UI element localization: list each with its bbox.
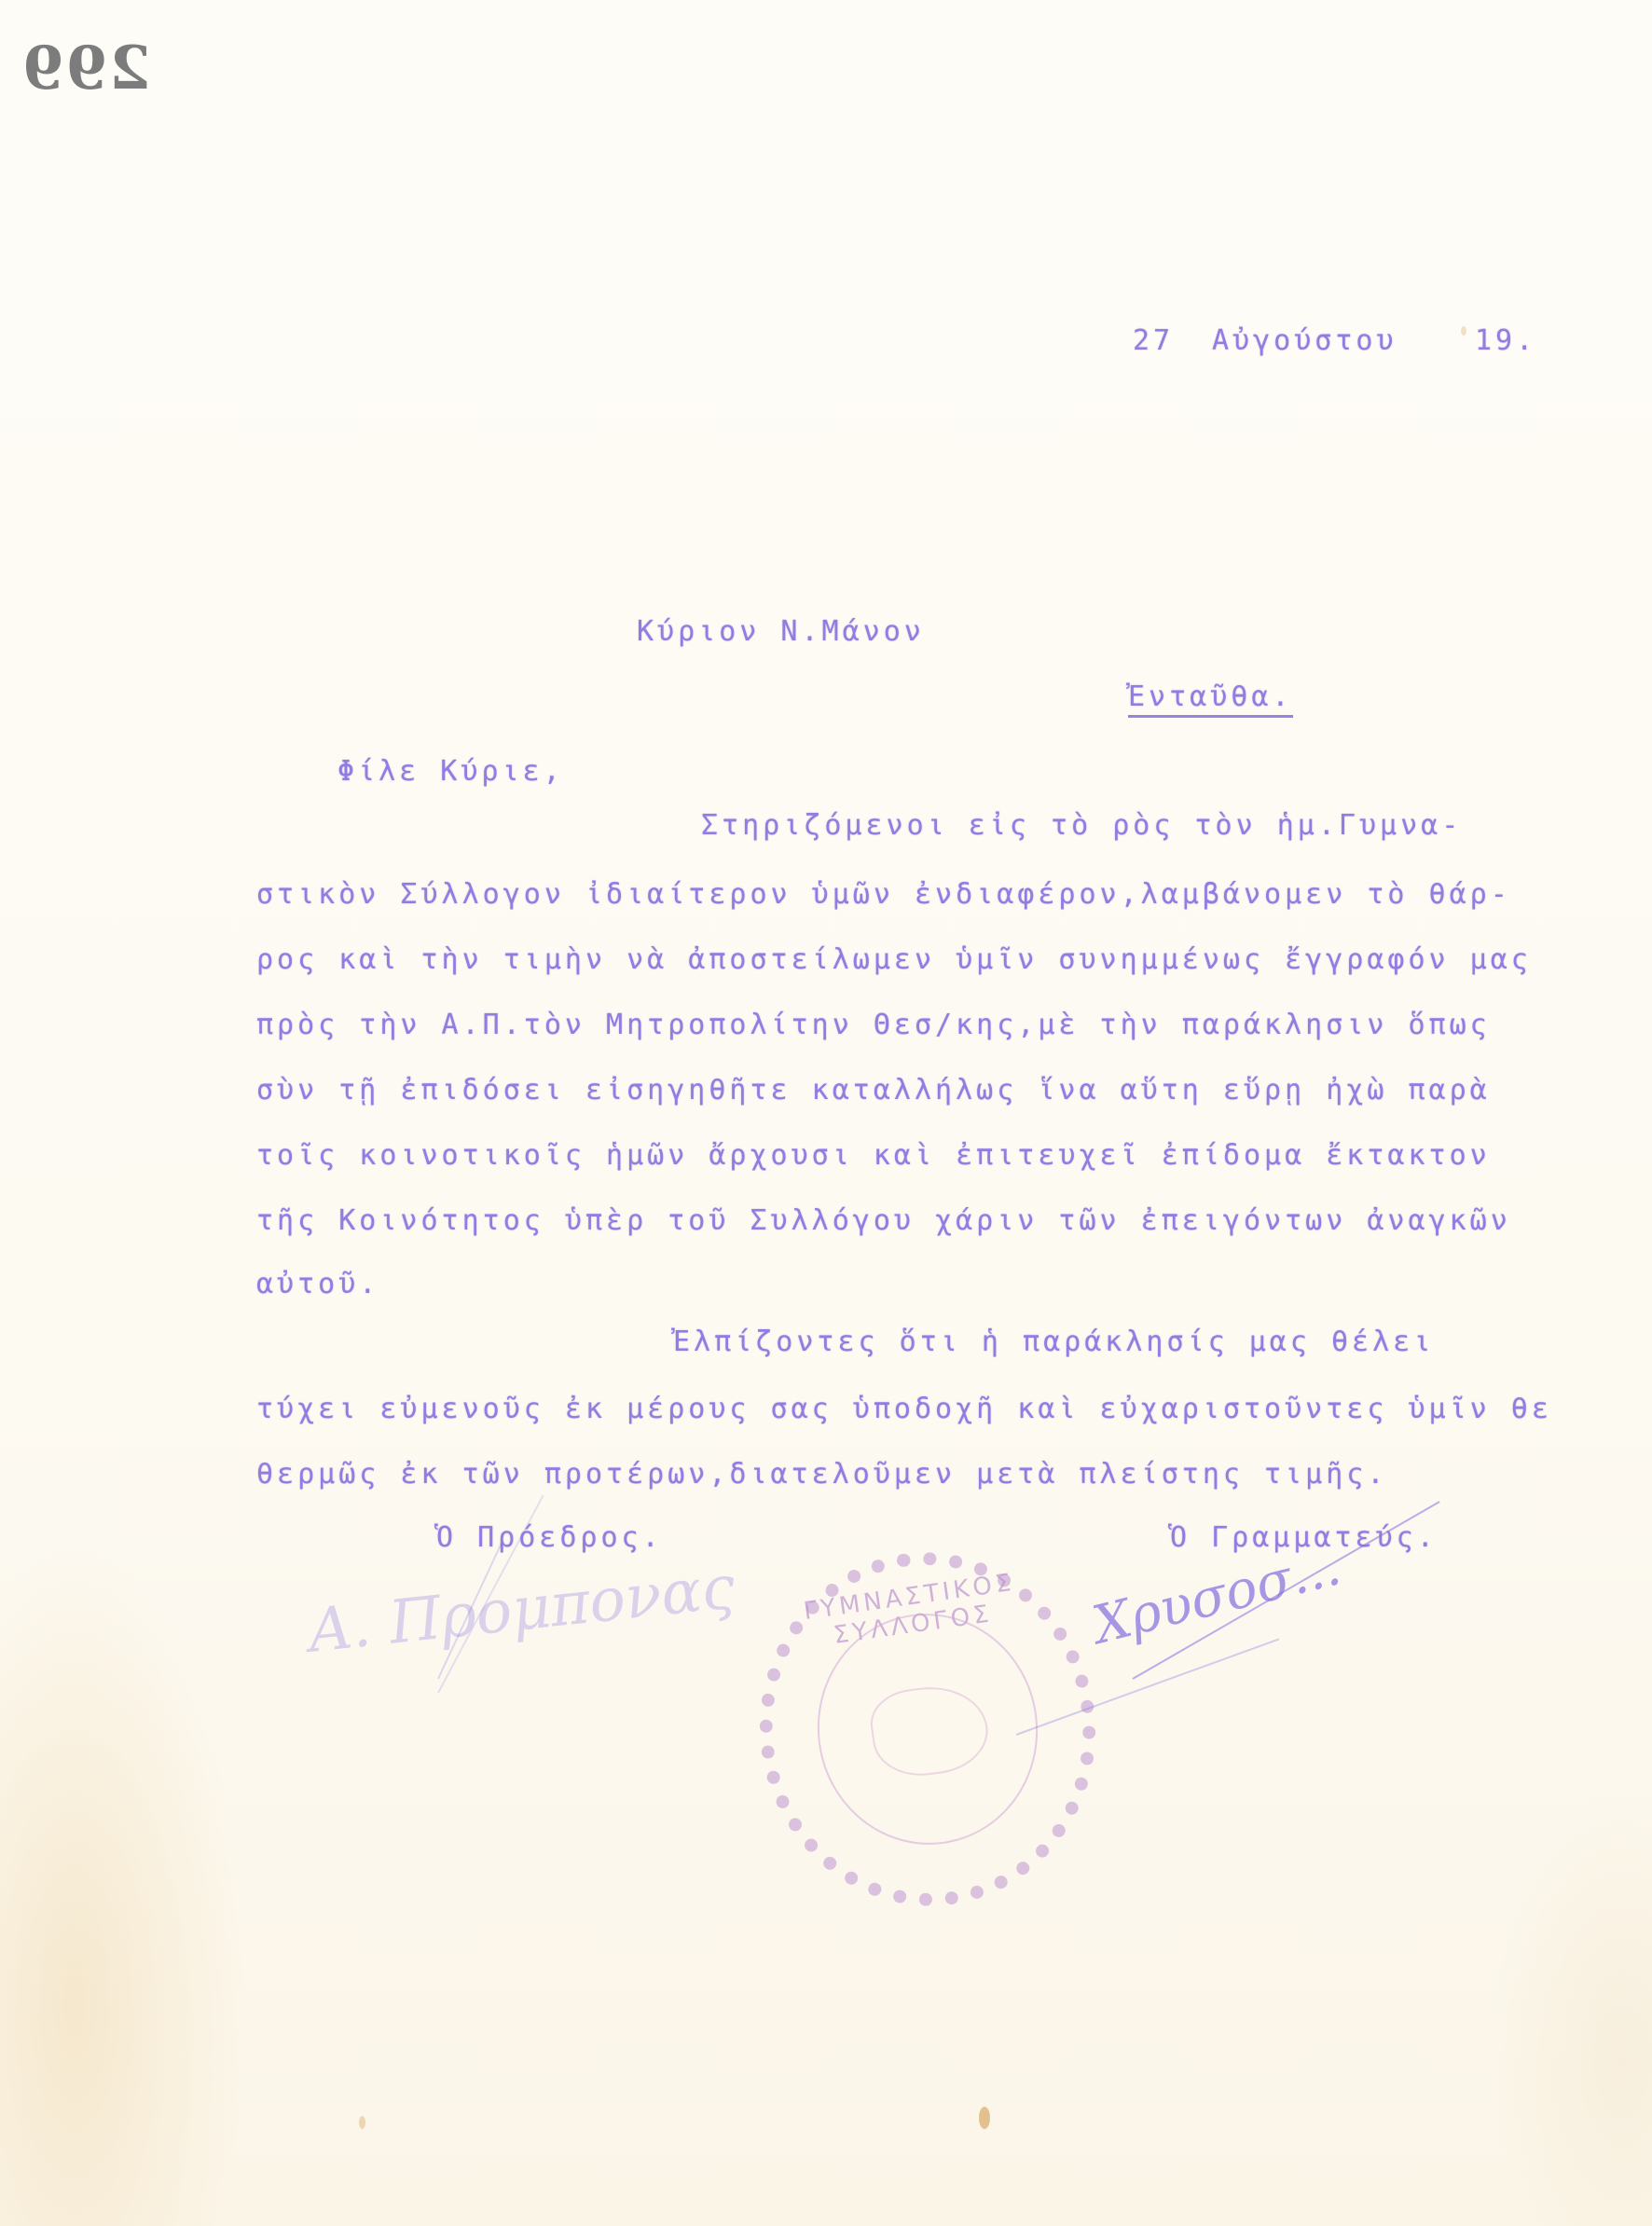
body-line: τοῖς κοινοτικοῖς ἡμῶν ἄρχουσι καὶ ἐπιτευ… bbox=[256, 1139, 1491, 1172]
recipient-location: Ἐνταῦθα. bbox=[1128, 680, 1293, 718]
salutation: Φίλε Κύριε, bbox=[337, 755, 564, 788]
body-line: ρος καὶ τὴν τιμὴν νὰ ἀποστείλωμεν ὑμῖν σ… bbox=[256, 943, 1532, 976]
paper-sheet bbox=[0, 0, 1652, 2226]
date-year: 19. bbox=[1475, 324, 1536, 357]
closing-line: Ἐλπίζοντες ὅτι ἡ παράκλησίς μας θέλει bbox=[673, 1326, 1434, 1358]
paper-stain bbox=[359, 2116, 365, 2129]
closing-line: τύχει εὐμενοῦς ἐκ μέρους σας ὑποδοχῆ καὶ… bbox=[256, 1393, 1552, 1425]
date-month: Αὐγούστου bbox=[1212, 324, 1397, 357]
president-title: Ὁ Πρόεδρος. bbox=[436, 1521, 663, 1554]
body-line: πρὸς τὴν Α.Π.τὸν Μητροπολίτην Θεσ/κης,μὲ… bbox=[256, 1009, 1491, 1041]
closing-line: θερμῶς ἐκ τῶν προτέρων,διατελοῦμεν μετὰ … bbox=[256, 1458, 1387, 1491]
recipient-name: Κύριον Ν.Μάνον bbox=[637, 615, 925, 648]
body-line: στικὸν Σύλλογον ἰδιαίτερον ὑμῶν ἐνδιαφέρ… bbox=[256, 878, 1511, 911]
body-line: σὺν τῇ ἐπιδόσει εἰσηγηθῆτε καταλλήλως ἵν… bbox=[256, 1074, 1491, 1106]
body-line: αὐτοῦ. bbox=[256, 1268, 379, 1300]
archive-number: 299 bbox=[21, 34, 151, 103]
body-line: Στηριζόμενοι εἰς τὸ ρὸς τὸν ἡμ.Γυμνα- bbox=[701, 809, 1462, 842]
date-day: 27 bbox=[1133, 324, 1174, 357]
paper-stain bbox=[1461, 326, 1466, 336]
body-line: τῆς Κοινότητος ὑπὲρ τοῦ Συλλόγου χάριν τ… bbox=[256, 1204, 1511, 1237]
seal-emblem-icon bbox=[866, 1680, 993, 1782]
paper-stain bbox=[979, 2107, 990, 2129]
